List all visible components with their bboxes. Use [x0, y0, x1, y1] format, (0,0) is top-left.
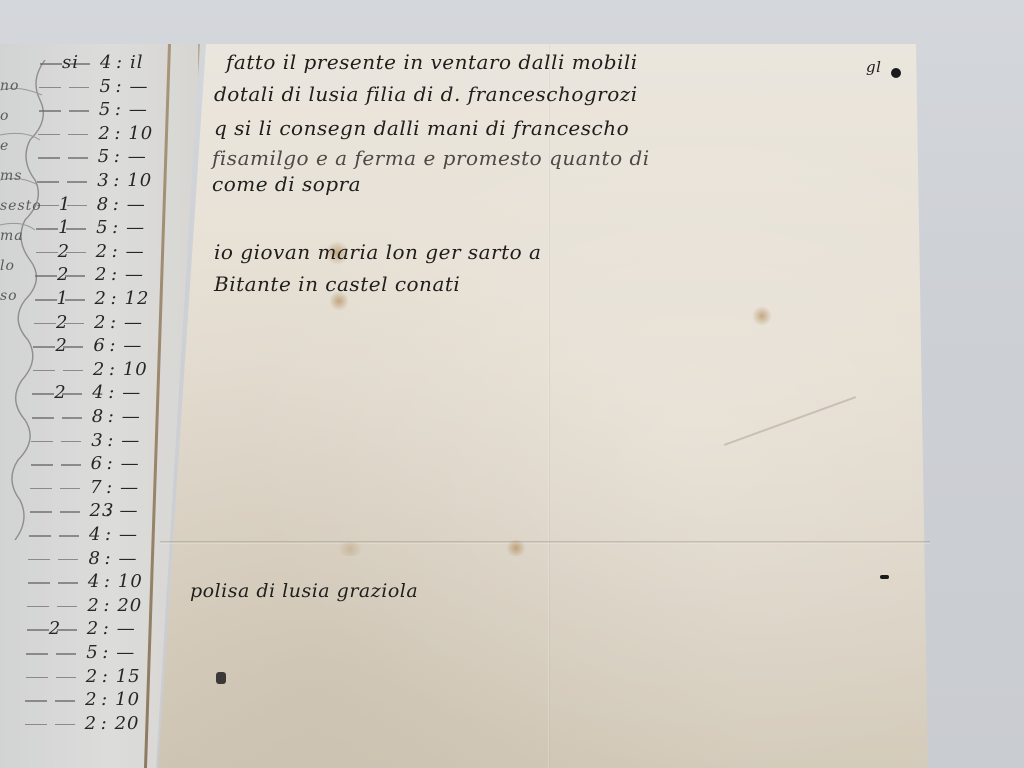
stain [505, 540, 527, 556]
ledger-subvalue: 10 [127, 170, 152, 191]
stain [335, 542, 365, 556]
ledger-value: 8 [88, 548, 100, 569]
ledger-subvalue: — [118, 548, 137, 569]
ledger-dash [31, 441, 53, 443]
ledger-dash [40, 63, 62, 65]
ledger-value: 4 [100, 52, 112, 73]
margin-fragment: so [0, 288, 18, 304]
ledger-dash [31, 464, 53, 466]
ledger-value: 2 [95, 288, 107, 309]
ledger-separator: : [106, 500, 113, 521]
ledger-dash [60, 511, 80, 513]
ledger-separator: : [115, 76, 122, 97]
ledger-dash [62, 417, 82, 419]
ledger-subvalue: — [122, 406, 141, 427]
ledger-value: 2 [87, 618, 99, 639]
margin-fragment: o [0, 108, 9, 124]
ink-blot [216, 672, 226, 684]
ledger-separator: : [112, 241, 119, 262]
ledger-subvalue: — [125, 264, 144, 285]
ledger-subvalue: il [130, 52, 144, 73]
ledger-dash [36, 228, 58, 230]
margin-fragment: no [0, 78, 19, 94]
ledger-value: 3 [97, 170, 109, 191]
ledger-value: 2 [85, 689, 97, 710]
ledger-separator: : [106, 477, 113, 498]
ledger-subvalue: — [120, 477, 139, 498]
ink-blot [891, 68, 901, 78]
manuscript-line-4: fisamilgo e a ferma e promesto quanto di [212, 146, 650, 170]
ledger-subvalue: — [129, 76, 148, 97]
ledger-value: 2 [96, 241, 108, 262]
horizontal-fold [160, 541, 930, 544]
ledger-subvalue: — [128, 146, 147, 167]
ledger-separator: : [111, 288, 118, 309]
margin-note: gl [866, 58, 881, 76]
ledger-dash [28, 582, 50, 584]
ledger-value: 2 [93, 359, 105, 380]
ledger-dash [60, 488, 80, 490]
ledger-value: 8 [97, 194, 109, 215]
ledger-separator: : [103, 618, 110, 639]
ledger-separator: : [109, 335, 116, 356]
ledger-separator: : [113, 194, 120, 215]
ledger-dash [59, 535, 79, 537]
ledger-separator: : [116, 52, 123, 73]
ledger-subvalue: 20 [115, 713, 140, 734]
ledger-dash [68, 134, 88, 136]
ledger-separator: : [102, 642, 109, 663]
manuscript-line-3: q si li consegn dalli mani di francescho [214, 116, 629, 140]
ledger-dash [68, 157, 88, 159]
ledger-dash [39, 87, 61, 89]
ledger-dash [58, 582, 78, 584]
ledger-subvalue: — [126, 217, 145, 238]
ledger-units: 2 [54, 382, 66, 403]
ledger-subvalue: 10 [118, 571, 143, 592]
ledger-value: 5 [96, 217, 108, 238]
ledger-value: 2 [87, 595, 99, 616]
margin-fragment: ma [0, 228, 24, 244]
ledger-subvalue: — [122, 382, 141, 403]
signature-line-1: io giovan maria lon ger sarto a [214, 240, 541, 264]
ledger-value: 7 [90, 477, 102, 498]
ledger-separator: : [104, 548, 111, 569]
ledger-dash [25, 724, 47, 726]
ledger-value: 6 [93, 335, 105, 356]
ledger-subvalue: 10 [128, 123, 153, 144]
ledger-separator: : [111, 264, 118, 285]
ledger-value: 6 [91, 453, 103, 474]
ledger-value: 8 [92, 406, 104, 427]
ledger-units: 1 [58, 217, 70, 238]
ledger-separator: : [102, 666, 109, 687]
ledger-separator: : [112, 217, 119, 238]
ledger-value: 5 [99, 99, 111, 120]
ledger-units: 2 [58, 241, 70, 262]
ledger-subvalue: 20 [117, 595, 142, 616]
ledger-dash [63, 370, 83, 372]
ledger-dash [30, 488, 52, 490]
ledger-separator: : [109, 359, 116, 380]
ledger-dash [33, 370, 55, 372]
ledger-value: 3 [91, 430, 103, 451]
manuscript-line-5: come di sopra [212, 172, 361, 196]
ledger-dash [57, 606, 77, 608]
ledger-dash [27, 629, 49, 631]
ledger-dash [37, 181, 59, 183]
ledger-subvalue: 10 [115, 689, 140, 710]
ledger-units: 1 [57, 288, 69, 309]
ledger-subvalue: 12 [125, 288, 150, 309]
margin-fragment: e [0, 138, 9, 154]
ledger-dash [56, 677, 76, 679]
ledger-subvalue: — [120, 500, 139, 521]
ledger-dash [38, 157, 60, 159]
ledger-separator: : [107, 430, 114, 451]
signature-line-2: Bitante in castel conati [214, 272, 460, 296]
ledger-subvalue: — [119, 524, 138, 545]
ledger-dash [32, 393, 54, 395]
ledger-dash [35, 275, 57, 277]
ledger-dash [34, 323, 56, 325]
ledger-dash [35, 299, 57, 301]
ledger-separator: : [101, 713, 108, 734]
ledger-units: 1 [59, 194, 71, 215]
stain [752, 306, 772, 326]
margin-fragment: ms [0, 168, 22, 184]
ledger-value: 2 [98, 123, 110, 144]
ledger-dash [56, 653, 76, 655]
ledger-dash [61, 441, 81, 443]
ledger-value: 4 [89, 524, 101, 545]
ledger-subvalue: — [117, 618, 136, 639]
ledger-subvalue: — [116, 642, 135, 663]
ledger-separator: : [110, 312, 117, 333]
ledger-value: 2 [86, 666, 98, 687]
ledger-units: 2 [57, 264, 69, 285]
ledger-subvalue: — [124, 312, 143, 333]
margin-fragment: lo [0, 258, 15, 274]
ledger-subvalue: — [123, 335, 142, 356]
manuscript-line-1: fatto il presente in ventaro dalli mobil… [226, 50, 638, 74]
ledger-subvalue: 10 [123, 359, 148, 380]
ledger-dash [39, 110, 61, 112]
ledger-dash [36, 252, 58, 254]
ledger-dash [67, 181, 87, 183]
ledger-separator: : [114, 123, 121, 144]
ledger-subvalue: — [129, 99, 148, 120]
ledger-dash [27, 606, 49, 608]
ledger-separator: : [108, 382, 115, 403]
ink-mark [880, 575, 889, 579]
ledger-dash [55, 724, 75, 726]
ledger-dash [30, 511, 52, 513]
ledger-dash [69, 87, 89, 89]
ledger-dash [69, 110, 89, 112]
margin-fragment: sesto [0, 198, 42, 214]
ledger-value: 5 [98, 146, 110, 167]
ledger-dash [26, 677, 48, 679]
manuscript-line-2: dotali di lusia filia di d. franceschogr… [214, 82, 638, 106]
ledger-dash [25, 700, 47, 702]
endorsement: polisa di lusia graziola [190, 580, 418, 602]
ledger-dash [29, 535, 51, 537]
ledger-dash [55, 700, 75, 702]
ledger-separator: : [114, 146, 121, 167]
ledger-separator: : [101, 689, 108, 710]
ledger-value: 4 [92, 382, 104, 403]
ledger-separator: : [115, 99, 122, 120]
ledger-value: 5 [86, 642, 98, 663]
ledger-separator: : [113, 170, 120, 191]
ledger-separator: : [107, 453, 114, 474]
ledger-value: 4 [88, 571, 100, 592]
ledger-subvalue: 15 [116, 666, 141, 687]
ledger-separator: : [104, 571, 111, 592]
ledger-separator: : [103, 595, 110, 616]
ledger-dash [32, 417, 54, 419]
ledger-units: 2 [56, 312, 68, 333]
ledger-value: 2 [85, 713, 97, 734]
ledger-dash [26, 653, 48, 655]
ledger-dash [38, 134, 60, 136]
ledger-dash [61, 464, 81, 466]
ledger-subvalue: — [126, 241, 145, 262]
ledger-dash [33, 346, 55, 348]
ledger-units: 2 [49, 618, 61, 639]
ledger-dash [28, 559, 50, 561]
ledger-value: 2 [95, 264, 107, 285]
ledger-separator: : [108, 406, 115, 427]
ledger-units: si [62, 52, 79, 73]
ledger-value: 2 [94, 312, 106, 333]
ledger-subvalue: — [127, 194, 146, 215]
ledger-subvalue: — [121, 453, 140, 474]
ledger-units: 2 [55, 335, 67, 356]
ledger-value: 5 [99, 76, 111, 97]
ledger-subvalue: — [121, 430, 140, 451]
ledger-dash [58, 559, 78, 561]
ledger-separator: : [105, 524, 112, 545]
